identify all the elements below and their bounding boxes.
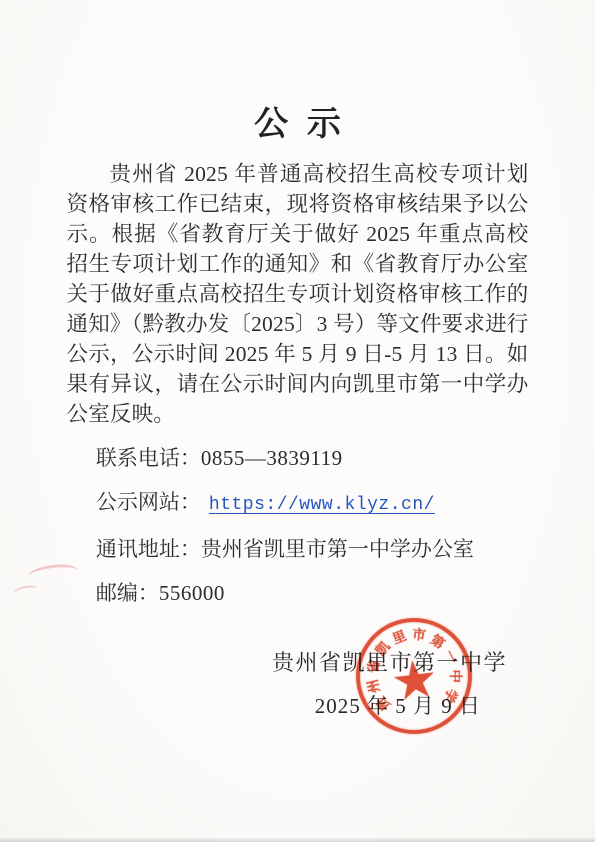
ink-smudge [13,584,38,598]
signature-organization: 贵州省凯里市第一中学 [272,646,507,677]
signature-date: 2025 年 5 月 9 日 [315,690,481,720]
postcode-label: 邮编： [96,581,159,605]
contact-block: 联系电话：0855—3839119 公示网站：https://www.klyz.… [67,443,529,608]
address-value: 贵州省凯里市第一中学办公室 [201,537,474,561]
website-line: 公示网站：https://www.klyz.cn/ [67,487,529,520]
phone-value: 0855—3839119 [201,446,343,470]
website-link[interactable]: https://www.klyz.cn/ [209,495,435,515]
address-line: 通讯地址：贵州省凯里市第一中学办公室 [67,534,529,564]
phone-line: 联系电话：0855—3839119 [67,443,529,473]
scan-edge-shadow [0,837,595,842]
address-label: 通讯地址： [96,537,201,561]
postcode-value: 556000 [159,581,225,605]
announcement-body: 贵州省 2025 年普通高校招生高校专项计划资格审核工作已结束，现将资格审核结果… [67,159,529,429]
announcement-page: 公示 贵州省 2025 年普通高校招生高校专项计划资格审核工作已结束，现将资格审… [0,0,595,842]
phone-label: 联系电话： [96,446,201,470]
postcode-line: 邮编：556000 [67,578,529,608]
page-title: 公示 [0,0,595,145]
website-label: 公示网站： [96,490,201,514]
